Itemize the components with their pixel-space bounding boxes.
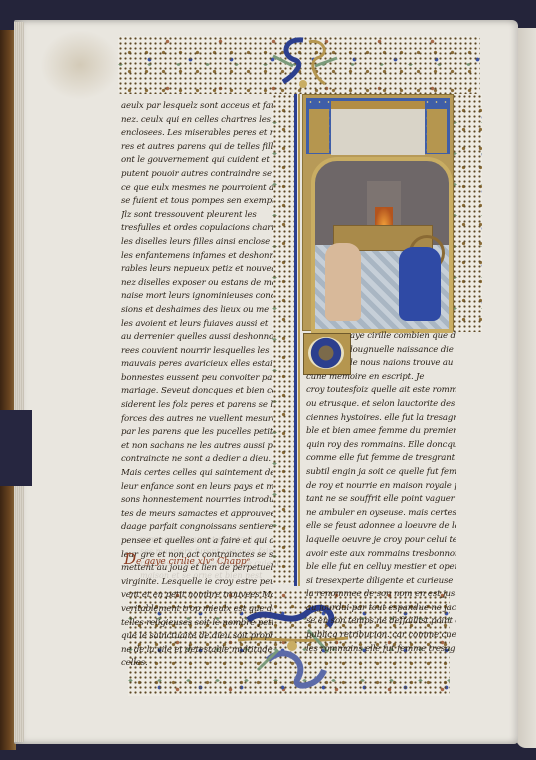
text-line: sions et deshaimes des lieux ou me (121, 304, 273, 318)
left-tower (309, 109, 329, 153)
text-line: ble et bien amee femme du premier tar (306, 425, 456, 439)
text-line: res et autres parens qui de telles fille… (121, 141, 273, 155)
column-rule-blue (294, 94, 297, 586)
miniature-painting (302, 94, 454, 331)
text-line: nez diselles exposer ou estans de man (121, 277, 273, 291)
left-text-column: aeulx par lesquelz sont acceus et faul n… (121, 100, 273, 671)
text-line: quin roy des rommains. Elle doncques (306, 439, 456, 453)
text-line: tes de meurs samactes et approuvees (121, 508, 273, 522)
intercolumn-floral-border (272, 94, 294, 584)
text-line: telles religieuses soit le nombre petit (121, 617, 273, 631)
text-line: mauvais peres avaricieux elles estai (121, 358, 273, 372)
text-line: se fuient et tous pompes sen exemptent (121, 195, 273, 209)
text-line: vent et en petit nombre trouvees Mais (121, 589, 273, 603)
text-line: de roy et nourrie en maison royale po (306, 480, 456, 494)
seated-woman-left (325, 243, 361, 321)
text-line: se en son temps ne deffaillist point de (306, 615, 456, 629)
top-floral-border (118, 36, 480, 94)
ghost-line: rommes sorsanent et este ii cu (140, 534, 280, 546)
text-line: ou etrusque. et selon lauctorite des an (306, 398, 456, 412)
text-line: Mais certes celles qui saintement des (121, 467, 273, 481)
right-tower (427, 109, 447, 153)
text-line: daage parfait congnoissans sentiere (121, 521, 273, 535)
text-line: au jourdui par tout espandue ne jaci (306, 602, 456, 616)
text-line: par les parens que les pucelles petites (121, 426, 273, 440)
text-line: mariage. Seveut doncques et bien co (121, 385, 273, 399)
text-line: les rommains elle fut femme tresagra (306, 643, 456, 657)
text-line: ce que eulx mesmes ne pourroient ai (121, 182, 273, 196)
page-tab-marker[interactable] (0, 410, 32, 486)
gilded-arch (311, 157, 453, 333)
text-line: les diselles leurs filles ainsi enclose (121, 236, 273, 250)
text-line: contraincte ne sont a dedier a dieu. (121, 453, 273, 467)
text-line: publicq retribucion. car comme cuev (306, 629, 456, 643)
chapter-rubric: De gaye cirilie xlvᵉ Chappᵉ (124, 550, 250, 568)
text-line: le nous naions trouve au (306, 357, 456, 371)
seated-woman-spinning (399, 247, 441, 321)
text-line: ont le gouvernement qui cuident et re (121, 154, 273, 168)
ghost-line: maison et se orne et bien nest (140, 570, 280, 582)
rubric-text: e gaye cirilie xlvᵉ Chappᵉ (136, 557, 250, 567)
text-line: et non sachans ne les autres aussi par (121, 440, 273, 454)
text-line: comme elle fut femme de tresgrant et (306, 452, 456, 466)
text-line: subtil engin ja soit ce quelle fut femme (306, 466, 456, 480)
text-line: rables leurs nepueux petiz et nouveaux (121, 263, 273, 277)
text-line: avoir este aux rommains tresbonnora (306, 548, 456, 562)
text-line: bonnestes eussent peu convoiter par (121, 372, 273, 386)
text-line: naise mort leurs ignominieuses conclu (121, 290, 273, 304)
text-line: les avoient et leurs fuiaves aussi et (121, 318, 273, 332)
page-edges (14, 22, 24, 742)
text-line: les enfantemens infames et deshonno (121, 250, 273, 264)
text-line: croy toutesfoiz quelle ait este rommaine (306, 384, 456, 398)
water-stain (40, 30, 120, 100)
text-line: forces des autres ne vuellent mesurer (121, 413, 273, 427)
text-line: nez. ceulx qui en celles chartres les on… (121, 114, 273, 128)
text-line: tresfulles et ordes copulacions charnel (121, 222, 273, 236)
text-line: elle se feust adonnee a loeuvre de laine (306, 520, 456, 534)
text-line: ne ambuler en oyseuse. mais certes ce (306, 507, 456, 521)
text-line: siderent les folz peres et parens se les (121, 399, 273, 413)
text-line: aeulx par lesquelz sont acceus et faul (121, 100, 273, 114)
acanthus-scroll-icon (253, 36, 353, 94)
text-line: leur enfance sont en leurs pays et mai (121, 481, 273, 495)
text-line: ble elle fut en celluy mestier et operac… (306, 561, 456, 575)
text-line: celles. (121, 657, 273, 671)
facing-leaf-edge (516, 28, 536, 748)
text-line: ne de la vile et detestable multitude di (121, 644, 273, 658)
text-line: la renommee de son nom en est jusqe (306, 588, 456, 602)
text-line: que le sainctuaire de dieu soit propha (121, 630, 273, 644)
text-line: laquelle oeuvre je croy pour celui temps (306, 534, 456, 548)
column-rule-gold (298, 94, 300, 586)
house-facade (331, 101, 425, 155)
text-line: sons honnestement nourries introduit (121, 494, 273, 508)
text-line: enclosees. Les miserables peres et me (121, 127, 273, 141)
text-line: au derrenier quelles aussi deshonno (121, 331, 273, 345)
text-line: aye cirille combien que de (306, 330, 456, 344)
text-line: si tresexperte diligente et curieuse q (306, 575, 456, 589)
rubric-initial: D (124, 550, 136, 568)
right-text-column: aye cirille combien que de lougnuelle na… (306, 330, 456, 656)
text-line: putent pouoir autres contraindre se (121, 168, 273, 182)
text-line: lougnuelle naissance die el (306, 344, 456, 358)
text-line: cune memoire en escript. Je (306, 371, 456, 385)
text-line: rees couvient nourrir lesquelles les (121, 345, 273, 359)
text-line: Jlz sont tressouvent pleurent les (121, 209, 273, 223)
text-line: tant ne se souffrit elle point vaguer (306, 493, 456, 507)
right-floral-border (452, 94, 482, 332)
text-line: ciennes hystoires. elle fut la tresagrea (306, 412, 456, 426)
text-line: veritablement trop mieulx est que de (121, 603, 273, 617)
